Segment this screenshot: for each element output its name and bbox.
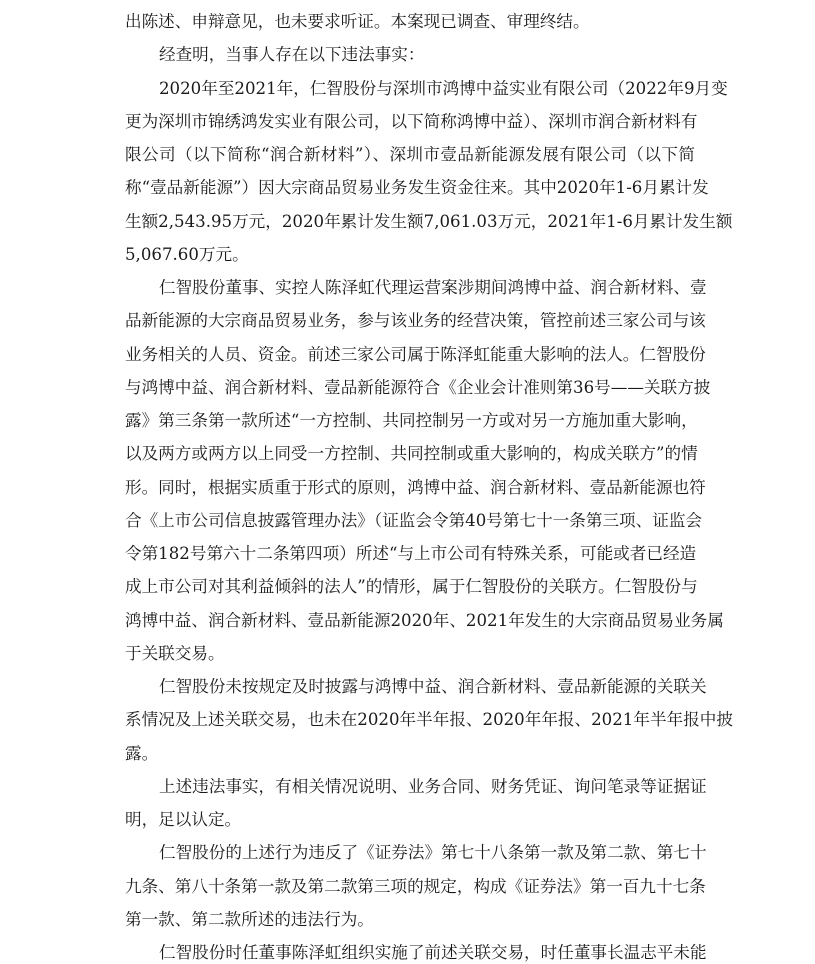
text-line: 以及两方或两方以上同受一方控制、共同控制或重大影响的，构成关联方”的情 <box>125 437 695 470</box>
text-line: 与鸿博中益、润合新材料、壹品新能源符合《企业会计准则第36号——关联方披 <box>125 371 695 404</box>
text-line: 品新能源的大宗商品贸易业务，参与该业务的经营决策，管控前述三家公司与该 <box>125 304 695 337</box>
text-line: 称“壹品新能源”）因大宗商品贸易业务发生资金往来。其中2020年1-6月累计发 <box>125 171 695 204</box>
text-line: 更为深圳市锦绣鸿发实业有限公司，以下简称鸿博中益）、深圳市润合新材料有 <box>125 105 695 138</box>
text-line: 仁智股份的上述行为违反了《证券法》第七十八条第一款及第二款、第七十 <box>125 836 695 869</box>
text-line: 上述违法事实，有相关情况说明、业务合同、财务凭证、询问笔录等证据证 <box>125 770 695 803</box>
text-line: 仁智股份未按规定及时披露与鸿博中益、润合新材料、壹品新能源的关联关 <box>125 670 695 703</box>
paragraph-related-party-analysis: 仁智股份董事、实控人陈泽虹代理运营案涉期间鸿博中益、润合新材料、壹 品新能源的大… <box>125 271 695 670</box>
text-line: 露》第三条第一款所述“一方控制、共同控制另一方或对另一方施加重大影响， <box>125 404 695 437</box>
text-line: 2020年至2021年，仁智股份与深圳市鸿博中益实业有限公司（2022年9月变 <box>125 72 695 105</box>
paragraph-legal-violation: 仁智股份的上述行为违反了《证券法》第七十八条第一款及第二款、第七十 九条、第八十… <box>125 836 695 936</box>
text-line: 系情况及上述关联交易，也未在2020年半年报、2020年年报、2021年半年报中… <box>125 703 695 736</box>
text-line: 出陈述、申辩意见，也未要求听证。本案现已调查、审理终结。 <box>125 5 695 38</box>
paragraph-evidence: 上述违法事实，有相关情况说明、业务合同、财务凭证、询问笔录等证据证 明，足以认定… <box>125 770 695 837</box>
text-line: 令第182号第六十二条第四项）所述“与上市公司有特殊关系，可能或者已经造 <box>125 537 695 570</box>
text-line: 经查明，当事人存在以下违法事实： <box>125 38 695 71</box>
paragraph-disclosure-failure: 仁智股份未按规定及时披露与鸿博中益、润合新材料、壹品新能源的关联关 系情况及上述… <box>125 670 695 770</box>
document-page: 出陈述、申辩意见，也未要求听证。本案现已调查、审理终结。 经查明，当事人存在以下… <box>125 5 695 964</box>
text-line: 九条、第八十条第一款及第二款第三项的规定，构成《证券法》第一百九十七条 <box>125 870 695 903</box>
text-line: 第一款、第二款所述的违法行为。 <box>125 903 695 936</box>
paragraph-hearing-status: 出陈述、申辩意见，也未要求听证。本案现已调查、审理终结。 <box>125 5 695 38</box>
text-line: 5,067.60万元。 <box>125 238 695 271</box>
text-line: 业务相关的人员、资金。前述三家公司属于陈泽虹能重大影响的法人。仁智股份 <box>125 338 695 371</box>
paragraph-fund-transactions: 2020年至2021年，仁智股份与深圳市鸿博中益实业有限公司（2022年9月变 … <box>125 72 695 272</box>
text-line: 生额2,543.95万元，2020年累计发生额7,061.03万元，2021年1… <box>125 205 695 238</box>
text-line: 鸿博中益、润合新材料、壹品新能源2020年、2021年发生的大宗商品贸易业务属 <box>125 604 695 637</box>
text-line: 于关联交易。 <box>125 637 695 670</box>
paragraph-responsible-persons: 仁智股份时任董事陈泽虹组织实施了前述关联交易，时任董事长温志平未能 <box>125 936 695 964</box>
text-line: 露。 <box>125 737 695 770</box>
paragraph-findings-intro: 经查明，当事人存在以下违法事实： <box>125 38 695 71</box>
text-line: 成上市公司对其利益倾斜的法人”的情形，属于仁智股份的关联方。仁智股份与 <box>125 570 695 603</box>
text-line: 仁智股份时任董事陈泽虹组织实施了前述关联交易，时任董事长温志平未能 <box>125 936 695 964</box>
text-line: 明，足以认定。 <box>125 803 695 836</box>
text-line: 形。同时，根据实质重于形式的原则，鸿博中益、润合新材料、壹品新能源也符 <box>125 471 695 504</box>
text-line: 仁智股份董事、实控人陈泽虹代理运营案涉期间鸿博中益、润合新材料、壹 <box>125 271 695 304</box>
text-line: 限公司（以下简称“润合新材料”）、深圳市壹品新能源发展有限公司（以下简 <box>125 138 695 171</box>
text-line: 合《上市公司信息披露管理办法》（证监会令第40号第七十一条第三项、证监会 <box>125 504 695 537</box>
